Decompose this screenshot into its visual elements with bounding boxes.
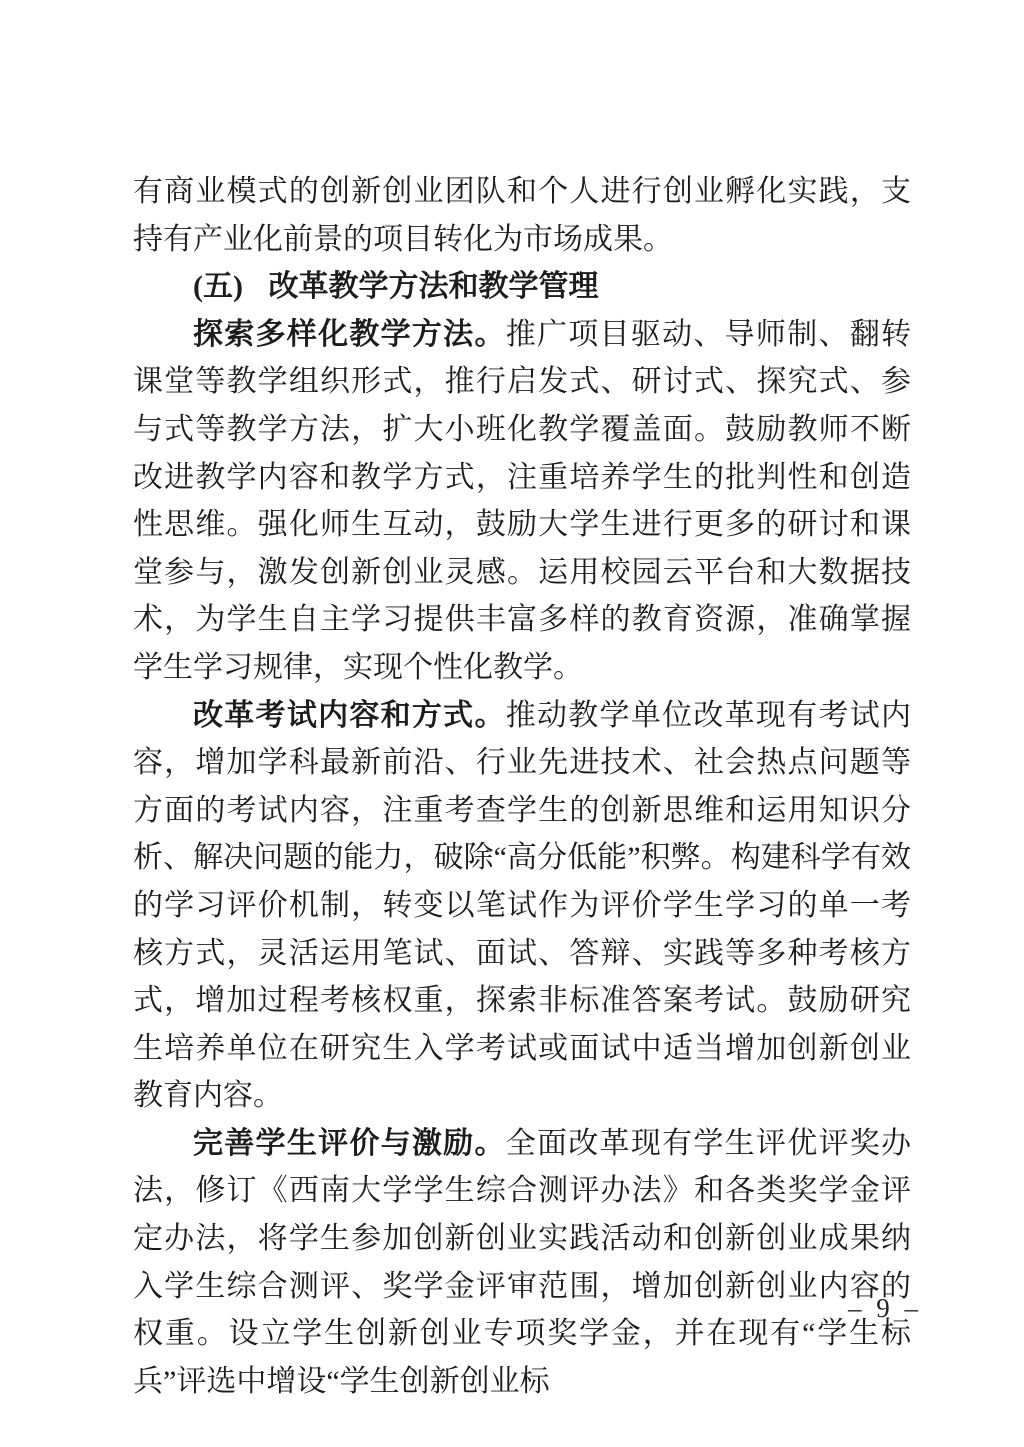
paragraph-student-evaluation: 完善学生评价与激励。全面改革现有学生评优评奖办法，修订《西南大学学生综合测评办法… [133,1120,911,1406]
paragraph-lead: 探索多样化教学方法。 [193,318,506,351]
page-number: – 9 – [848,1292,922,1324]
paragraph-body: 全面改革现有学生评优评奖办法，修订《西南大学学生综合测评办法》和各类奖学金评定办… [133,1127,911,1398]
paragraph-body: 推广项目驱动、导师制、翻转课堂等教学组织形式，推行启发式、研讨式、探究式、参与式… [133,318,911,684]
page-body: 有商业模式的创新创业团队和个人进行创业孵化实践，支持有产业化前景的项目转化为市场… [133,168,911,1405]
section-heading: (五)改革教学方法和教学管理 [133,263,911,311]
paragraph-lead: 改革考试内容和方式。 [193,699,506,732]
section-heading-title: 改革教学方法和教学管理 [268,270,598,303]
section-heading-number: (五) [193,270,243,303]
paragraph-teaching-methods: 探索多样化教学方法。推广项目驱动、导师制、翻转课堂等教学组织形式，推行启发式、研… [133,311,911,692]
paragraph-body: 推动教学单位改革现有考试内容，增加学科最新前沿、行业先进技术、社会热点问题等方面… [133,699,911,1113]
paragraph-continuation: 有商业模式的创新创业团队和个人进行创业孵化实践，支持有产业化前景的项目转化为市场… [133,168,911,263]
paragraph-lead: 完善学生评价与激励。 [193,1127,506,1160]
paragraph-exam-reform: 改革考试内容和方式。推动教学单位改革现有考试内容，增加学科最新前沿、行业先进技术… [133,692,911,1120]
document-page: 有商业模式的创新创业团队和个人进行创业孵化实践，支持有产业化前景的项目转化为市场… [0,0,1024,1447]
